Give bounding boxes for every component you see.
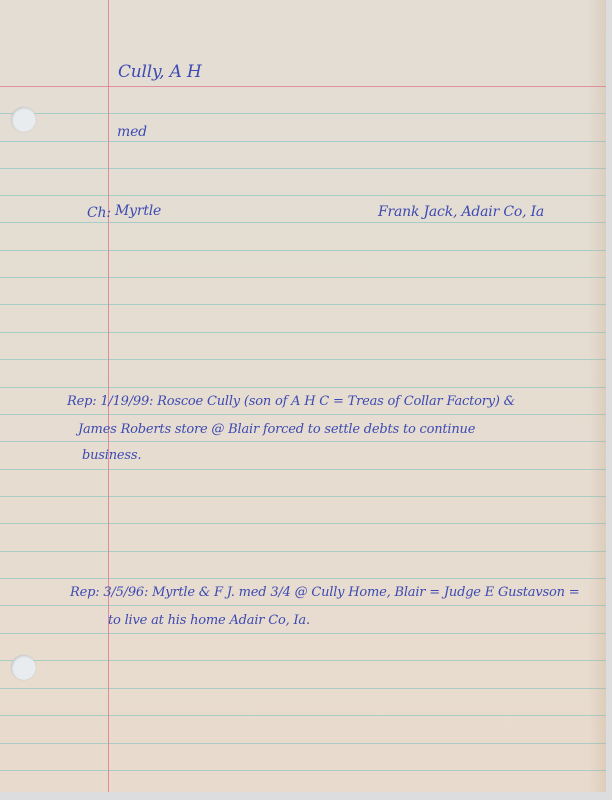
ruled-line [0,523,606,524]
children-label: Ch: [87,205,111,221]
ruled-line [0,496,606,497]
record-name: Cully, A H [118,62,202,82]
ruled-line [0,195,606,196]
ruled-line [0,222,606,223]
ruled-line [0,469,606,470]
ruled-line [0,578,606,579]
ruled-line [0,250,606,251]
entry-1-line-1: Rep: 1/19/99: Roscoe Cully (son of A H C… [67,394,515,409]
notebook-paper: Cully, A H med Ch: Myrtle Frank Jack, Ad… [0,0,606,792]
ruled-line [0,359,606,360]
ruled-line [0,304,606,305]
ruled-line [0,277,606,278]
punch-hole-top [11,107,36,132]
punch-hole-bottom [11,655,36,680]
ruled-line [0,414,606,415]
ruled-line [0,743,606,744]
entry-2-line-1: Rep: 3/5/96: Myrtle & F J. med 3/4 @ Cul… [70,585,579,600]
ruled-line [0,688,606,689]
ruled-line [0,605,606,606]
record-status: med [117,124,147,140]
ruled-line [0,332,606,333]
ruled-line [0,715,606,716]
entry-1-line-3: business. [82,448,141,463]
child-name: Myrtle [115,203,161,219]
ruled-line [0,168,606,169]
child-spouse-location: Frank Jack, Adair Co, Ia [378,204,544,220]
entry-1-line-2: James Roberts store @ Blair forced to se… [78,422,475,437]
ruled-line [0,770,606,771]
ruled-line [0,387,606,388]
ruled-line [0,633,606,634]
ruled-line [0,141,606,142]
top-margin-rule [0,86,606,87]
ruled-line [0,441,606,442]
ruled-line [0,660,606,661]
ruled-line [0,551,606,552]
ruled-line [0,113,606,114]
entry-2-line-2: to live at his home Adair Co, Ia. [108,613,310,628]
